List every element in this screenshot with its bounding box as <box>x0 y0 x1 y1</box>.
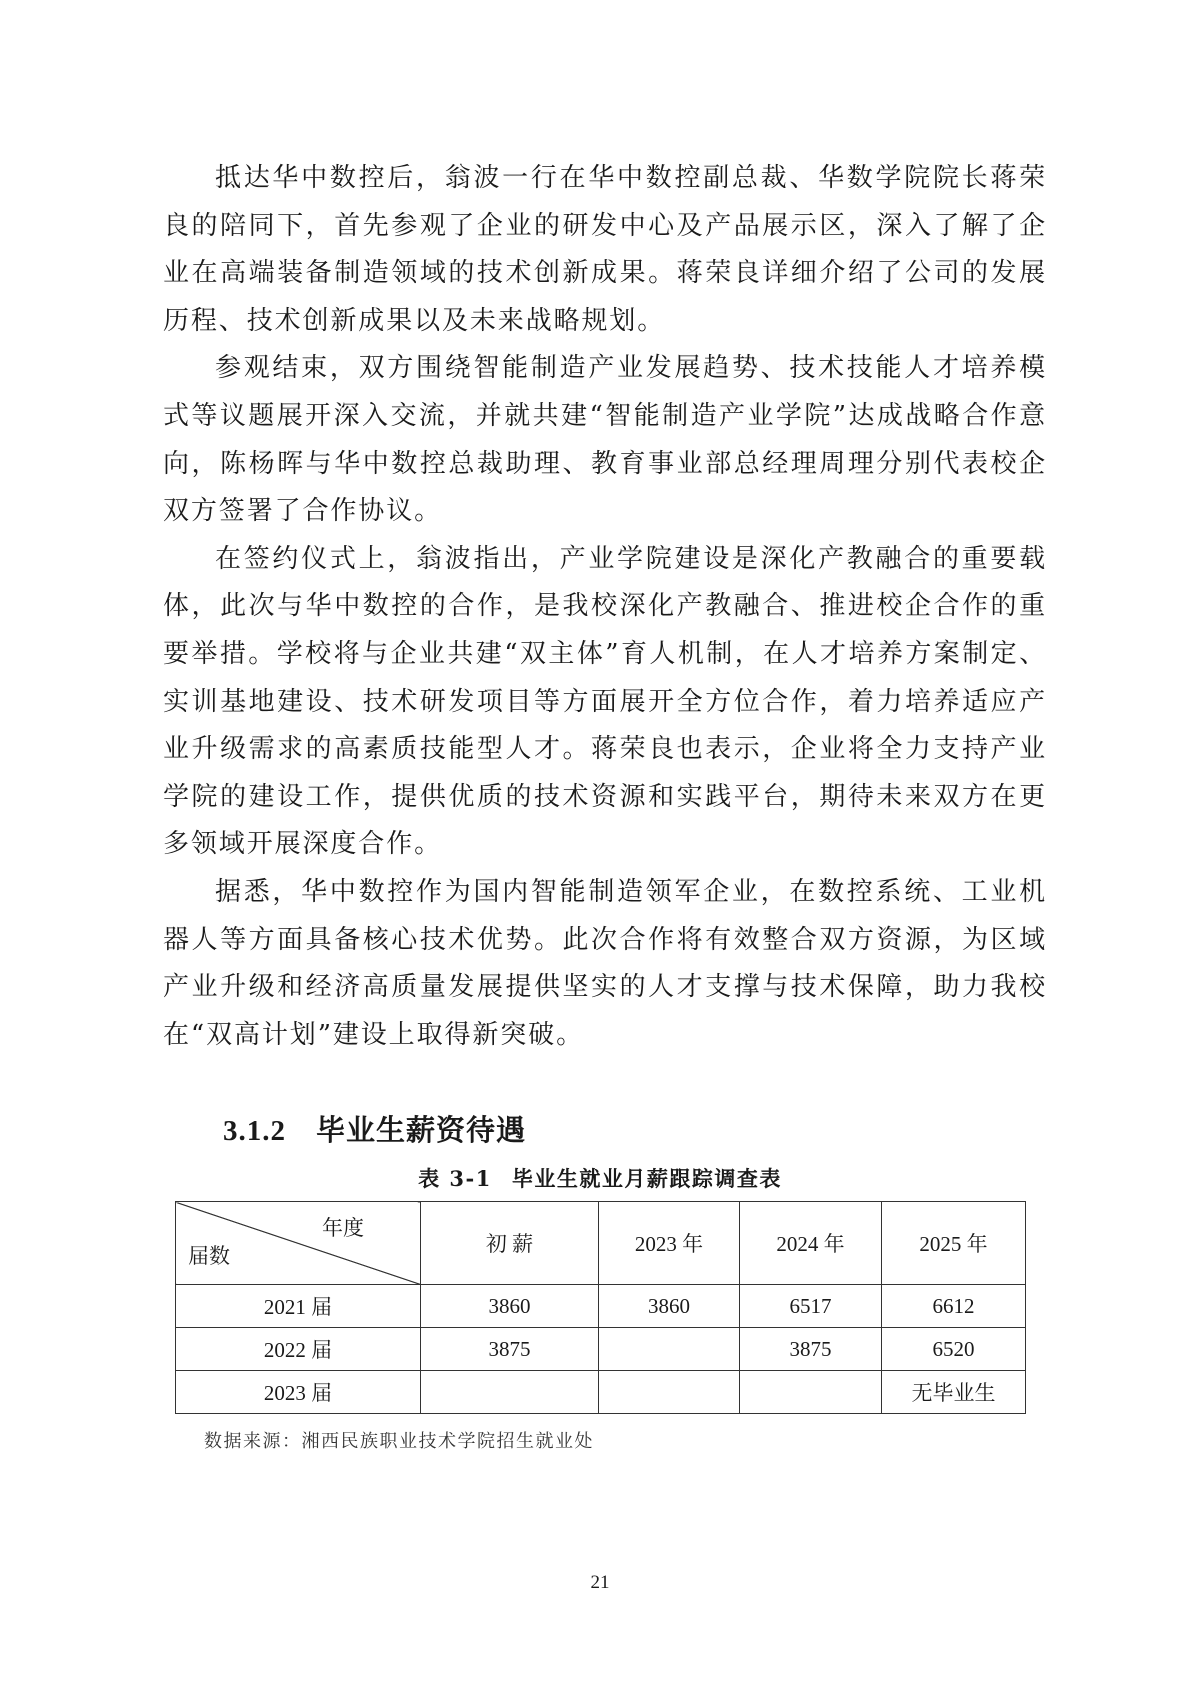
table-cell: 3860 <box>421 1285 599 1328</box>
corner-top-label: 年度 <box>322 1212 364 1242</box>
section-title: 毕业生薪资待遇 <box>316 1115 526 1147</box>
table-caption-number: 表 3-1 <box>418 1166 492 1191</box>
table-cell: 6520 <box>882 1328 1026 1371</box>
table-cell <box>599 1328 740 1371</box>
table-cell: 3860 <box>599 1285 740 1328</box>
table-source-note: 数据来源：湘西民族职业技术学院招生就业处 <box>204 1427 594 1453</box>
table-header-row: 年度 届数 初 薪 2023 年 2024 年 2025 年 <box>176 1202 1026 1285</box>
page-number: 21 <box>0 1572 1200 1594</box>
section-heading: 3.1.2毕业生薪资待遇 <box>223 1108 526 1149</box>
paragraph: 在签约仪式上，翁波指出，产业学院建设是深化产教融合的重要载体，此次与华中数控的合… <box>163 536 1047 869</box>
table-row: 2023 届 无毕业生 <box>176 1371 1026 1414</box>
table-corner-cell: 年度 届数 <box>176 1202 421 1285</box>
paragraph: 参观结束，双方围绕智能制造产业发展趋势、技术技能人才培养模式等议题展开深入交流，… <box>163 345 1047 535</box>
table-cell <box>599 1371 740 1414</box>
table-row: 2021 届 3860 3860 6517 6612 <box>176 1285 1026 1328</box>
column-header: 2024 年 <box>740 1202 882 1285</box>
table-cell: 6612 <box>882 1285 1026 1328</box>
table-cell: 3875 <box>421 1328 599 1371</box>
table-row: 2022 届 3875 3875 6520 <box>176 1328 1026 1371</box>
salary-table: 年度 届数 初 薪 2023 年 2024 年 2025 年 2021 届 38… <box>175 1201 1026 1414</box>
paragraph: 据悉，华中数控作为国内智能制造领军企业，在数控系统、工业机器人等方面具备核心技术… <box>163 869 1047 1059</box>
table-cell <box>421 1371 599 1414</box>
column-header: 初 薪 <box>421 1202 599 1285</box>
row-label: 2021 届 <box>176 1285 421 1328</box>
row-label: 2023 届 <box>176 1371 421 1414</box>
corner-bottom-label: 届数 <box>188 1240 230 1270</box>
table-caption: 表 3-1毕业生就业月薪跟踪调查表 <box>0 1163 1200 1193</box>
section-number: 3.1.2 <box>223 1115 286 1147</box>
table-cell: 6517 <box>740 1285 882 1328</box>
table-cell <box>740 1371 882 1414</box>
paragraph: 抵达华中数控后，翁波一行在华中数控副总裁、华数学院院长蒋荣良的陪同下，首先参观了… <box>163 155 1047 345</box>
column-header: 2023 年 <box>599 1202 740 1285</box>
table-cell: 无毕业生 <box>882 1371 1026 1414</box>
column-header: 2025 年 <box>882 1202 1026 1285</box>
table-caption-title: 毕业生就业月薪跟踪调查表 <box>512 1166 782 1191</box>
article-body: 抵达华中数控后，翁波一行在华中数控副总裁、华数学院院长蒋荣良的陪同下，首先参观了… <box>163 155 1047 1059</box>
table-cell: 3875 <box>740 1328 882 1371</box>
row-label: 2022 届 <box>176 1328 421 1371</box>
